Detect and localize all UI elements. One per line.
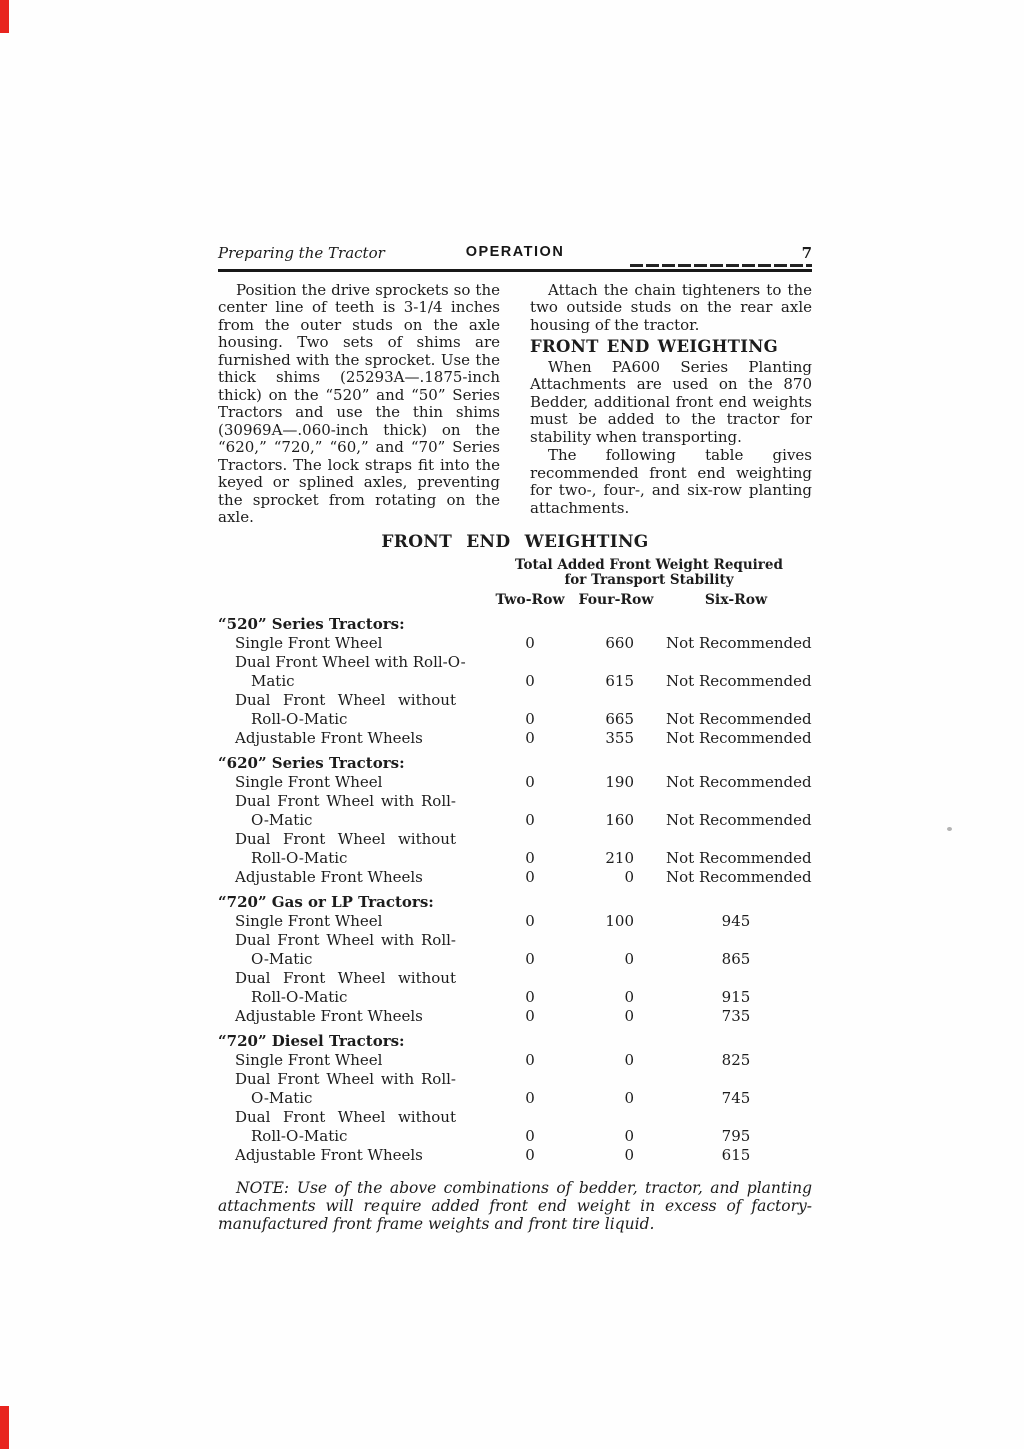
cell-six-row: 795 <box>660 1127 812 1146</box>
table-row: Dual Front Wheel with Roll-O-Matic00865 <box>218 931 812 969</box>
row-label: Dual Front Wheel withoutRoll-O-Matic <box>218 969 488 1007</box>
row-label-line: Roll-O-Matic <box>218 1127 488 1146</box>
row-label: Single Front Wheel <box>218 1051 488 1070</box>
cell-four-row: 0 <box>572 1007 660 1026</box>
row-label-line: Adjustable Front Wheels <box>218 1146 488 1165</box>
cell-six-row: 825 <box>660 1051 812 1070</box>
cell-four-row: 0 <box>572 1089 660 1108</box>
cell-four-row: 615 <box>572 672 660 691</box>
row-label: Single Front Wheel <box>218 773 488 792</box>
table-row: Dual Front Wheel withoutRoll-O-Matic0091… <box>218 969 812 1007</box>
row-label-line: Adjustable Front Wheels <box>218 1007 488 1026</box>
cell-two-row: 0 <box>488 773 572 792</box>
row-label: Dual Front Wheel with Roll-O-Matic <box>218 1070 488 1108</box>
row-label: Dual Front Wheel withoutRoll-O-Matic <box>218 1108 488 1146</box>
cell-two-row: 0 <box>488 729 572 748</box>
left-paragraph: Position the drive sprockets so the cent… <box>218 282 500 527</box>
scan-mark <box>0 1406 9 1449</box>
row-label: Adjustable Front Wheels <box>218 729 488 748</box>
cell-four-row: 660 <box>572 634 660 653</box>
cell-six-row: Not Recommended <box>660 634 812 653</box>
table-row: Single Front Wheel0660Not Recommended <box>218 634 812 653</box>
cell-four-row: 0 <box>572 1146 660 1165</box>
cell-two-row: 0 <box>488 672 572 691</box>
cell-six-row: 615 <box>660 1146 812 1165</box>
cell-four-row: 0 <box>572 1127 660 1146</box>
table-section-header: “520” Series Tractors: <box>218 615 812 634</box>
table-section-header: “720” Diesel Tractors: <box>218 1032 812 1051</box>
row-label: Adjustable Front Wheels <box>218 1007 488 1026</box>
cell-four-row: 0 <box>572 950 660 969</box>
row-label-line: Roll-O-Matic <box>218 988 488 1007</box>
row-label-line: Adjustable Front Wheels <box>218 868 488 887</box>
table-row: Dual Front Wheel with Roll-O-Matic0160No… <box>218 792 812 830</box>
cell-two-row: 0 <box>488 1051 572 1070</box>
right-column: Attach the chain tighteners to the two o… <box>530 282 812 528</box>
table-row: Dual Front Wheel with Roll-O-Matic00745 <box>218 1070 812 1108</box>
row-label-line: Adjustable Front Wheels <box>218 729 488 748</box>
scan-speck <box>947 827 952 831</box>
cell-six-row: 945 <box>660 912 812 931</box>
cell-two-row: 0 <box>488 634 572 653</box>
body-columns: Position the drive sprockets so the cent… <box>218 282 812 528</box>
table-section: “620” Series Tractors:Single Front Wheel… <box>218 754 812 887</box>
cell-six-row: 865 <box>660 950 812 969</box>
left-column: Position the drive sprockets so the cent… <box>218 282 500 528</box>
table-row: Dual Front Wheel with Roll-O-Matic0615No… <box>218 653 812 691</box>
running-title: Preparing the Tractor <box>218 244 385 262</box>
row-label-line: Dual Front Wheel with Roll- <box>218 1070 488 1089</box>
row-label-line: Roll-O-Matic <box>218 849 488 868</box>
running-header: Preparing the Tractor OPERATION 7 <box>218 244 812 262</box>
row-label-line: Single Front Wheel <box>218 634 488 653</box>
cell-four-row: 355 <box>572 729 660 748</box>
table-row: Adjustable Front Wheels00735 <box>218 1007 812 1026</box>
cell-six-row: 735 <box>660 1007 812 1026</box>
table-row: Dual Front Wheel withoutRoll-O-Matic0665… <box>218 691 812 729</box>
cell-four-row: 0 <box>572 988 660 1007</box>
table-section: “720” Diesel Tractors:Single Front Wheel… <box>218 1032 812 1165</box>
table-row: Dual Front Wheel withoutRoll-O-Matic0079… <box>218 1108 812 1146</box>
cell-two-row: 0 <box>488 1146 572 1165</box>
row-label-line: Dual Front Wheel without <box>218 691 488 710</box>
cell-four-row: 160 <box>572 811 660 830</box>
column-header-two-row: Two-Row <box>488 591 572 609</box>
row-label-line: O-Matic <box>218 950 488 969</box>
cell-two-row: 0 <box>488 912 572 931</box>
row-label: Adjustable Front Wheels <box>218 868 488 887</box>
row-label-line: O-Matic <box>218 811 488 830</box>
weight-table-sections: “520” Series Tractors:Single Front Wheel… <box>218 615 812 1165</box>
table-subtitle-line-1: Total Added Front Weight Required <box>486 558 812 574</box>
row-label-line: Dual Front Wheel with Roll-O- <box>218 653 488 672</box>
table-row: Single Front Wheel0190Not Recommended <box>218 773 812 792</box>
cell-six-row: Not Recommended <box>660 729 812 748</box>
cell-two-row: 0 <box>488 988 572 1007</box>
cell-four-row: 190 <box>572 773 660 792</box>
table-section-header: “620” Series Tractors: <box>218 754 812 773</box>
cell-six-row: Not Recommended <box>660 811 812 830</box>
row-label-line: Dual Front Wheel without <box>218 830 488 849</box>
table-subtitle: Total Added Front Weight Required for Tr… <box>486 558 812 589</box>
section-title: OPERATION <box>466 244 565 260</box>
row-label-line: Roll-O-Matic <box>218 710 488 729</box>
right-paragraph-2: When PA600 Series Planting Attachments a… <box>530 359 812 447</box>
cell-four-row: 665 <box>572 710 660 729</box>
page-content: Preparing the Tractor OPERATION 7 Positi… <box>218 244 812 1233</box>
cell-two-row: 0 <box>488 849 572 868</box>
table-column-headers: Two-Row Four-Row Six-Row <box>218 591 812 609</box>
row-label: Dual Front Wheel withoutRoll-O-Matic <box>218 830 488 868</box>
table-row: Adjustable Front Wheels0355Not Recommend… <box>218 729 812 748</box>
front-end-weighting-heading: FRONT END WEIGHTING <box>530 338 812 356</box>
cell-four-row: 0 <box>572 868 660 887</box>
cell-four-row: 100 <box>572 912 660 931</box>
header-rule-partial <box>630 264 812 267</box>
cell-two-row: 0 <box>488 710 572 729</box>
row-label-line: Single Front Wheel <box>218 773 488 792</box>
page-number: 7 <box>802 244 812 262</box>
cell-two-row: 0 <box>488 1127 572 1146</box>
scan-mark <box>0 0 9 33</box>
table-row: Adjustable Front Wheels00615 <box>218 1146 812 1165</box>
row-label-line: Single Front Wheel <box>218 912 488 931</box>
row-label-line: Dual Front Wheel without <box>218 1108 488 1127</box>
row-label-line: Dual Front Wheel with Roll- <box>218 792 488 811</box>
row-label: Single Front Wheel <box>218 634 488 653</box>
row-label: Dual Front Wheel with Roll-O-Matic <box>218 792 488 830</box>
row-label: Adjustable Front Wheels <box>218 1146 488 1165</box>
row-label-line: Matic <box>218 672 488 691</box>
cell-two-row: 0 <box>488 1089 572 1108</box>
right-paragraph-1: Attach the chain tighteners to the two o… <box>530 282 812 335</box>
column-header-four-row: Four-Row <box>572 591 660 609</box>
table-row: Dual Front Wheel withoutRoll-O-Matic0210… <box>218 830 812 868</box>
row-label-line: Single Front Wheel <box>218 1051 488 1070</box>
right-paragraph-3: The following table gives recommended fr… <box>530 447 812 517</box>
cell-four-row: 0 <box>572 1051 660 1070</box>
row-label: Dual Front Wheel with Roll-O-Matic <box>218 931 488 969</box>
table-section: “520” Series Tractors:Single Front Wheel… <box>218 615 812 748</box>
cell-six-row: Not Recommended <box>660 773 812 792</box>
cell-six-row: 745 <box>660 1089 812 1108</box>
manual-page: Preparing the Tractor OPERATION 7 Positi… <box>0 0 1024 1449</box>
row-label-line: O-Matic <box>218 1089 488 1108</box>
header-rule <box>218 264 812 272</box>
cell-six-row: Not Recommended <box>660 849 812 868</box>
cell-two-row: 0 <box>488 811 572 830</box>
table-row: Single Front Wheel00825 <box>218 1051 812 1070</box>
table-section: “720” Gas or LP Tractors:Single Front Wh… <box>218 893 812 1026</box>
cell-two-row: 0 <box>488 1007 572 1026</box>
row-label: Single Front Wheel <box>218 912 488 931</box>
cell-six-row: 915 <box>660 988 812 1007</box>
table-subtitle-line-2: for Transport Stability <box>486 573 812 589</box>
table-section-header: “720” Gas or LP Tractors: <box>218 893 812 912</box>
row-label: Dual Front Wheel with Roll-O-Matic <box>218 653 488 691</box>
table-row: Adjustable Front Wheels00Not Recommended <box>218 868 812 887</box>
table-title: FRONT END WEIGHTING <box>218 532 812 552</box>
footnote: NOTE: Use of the above combinations of b… <box>218 1179 812 1233</box>
cell-four-row: 210 <box>572 849 660 868</box>
row-label-line: Dual Front Wheel with Roll- <box>218 931 488 950</box>
cell-six-row: Not Recommended <box>660 868 812 887</box>
cell-two-row: 0 <box>488 950 572 969</box>
cell-six-row: Not Recommended <box>660 710 812 729</box>
header-rule-main <box>218 269 812 272</box>
column-header-six-row: Six-Row <box>660 591 812 609</box>
cell-six-row: Not Recommended <box>660 672 812 691</box>
table-row: Single Front Wheel0100945 <box>218 912 812 931</box>
cell-two-row: 0 <box>488 868 572 887</box>
row-label-line: Dual Front Wheel without <box>218 969 488 988</box>
row-label: Dual Front Wheel withoutRoll-O-Matic <box>218 691 488 729</box>
